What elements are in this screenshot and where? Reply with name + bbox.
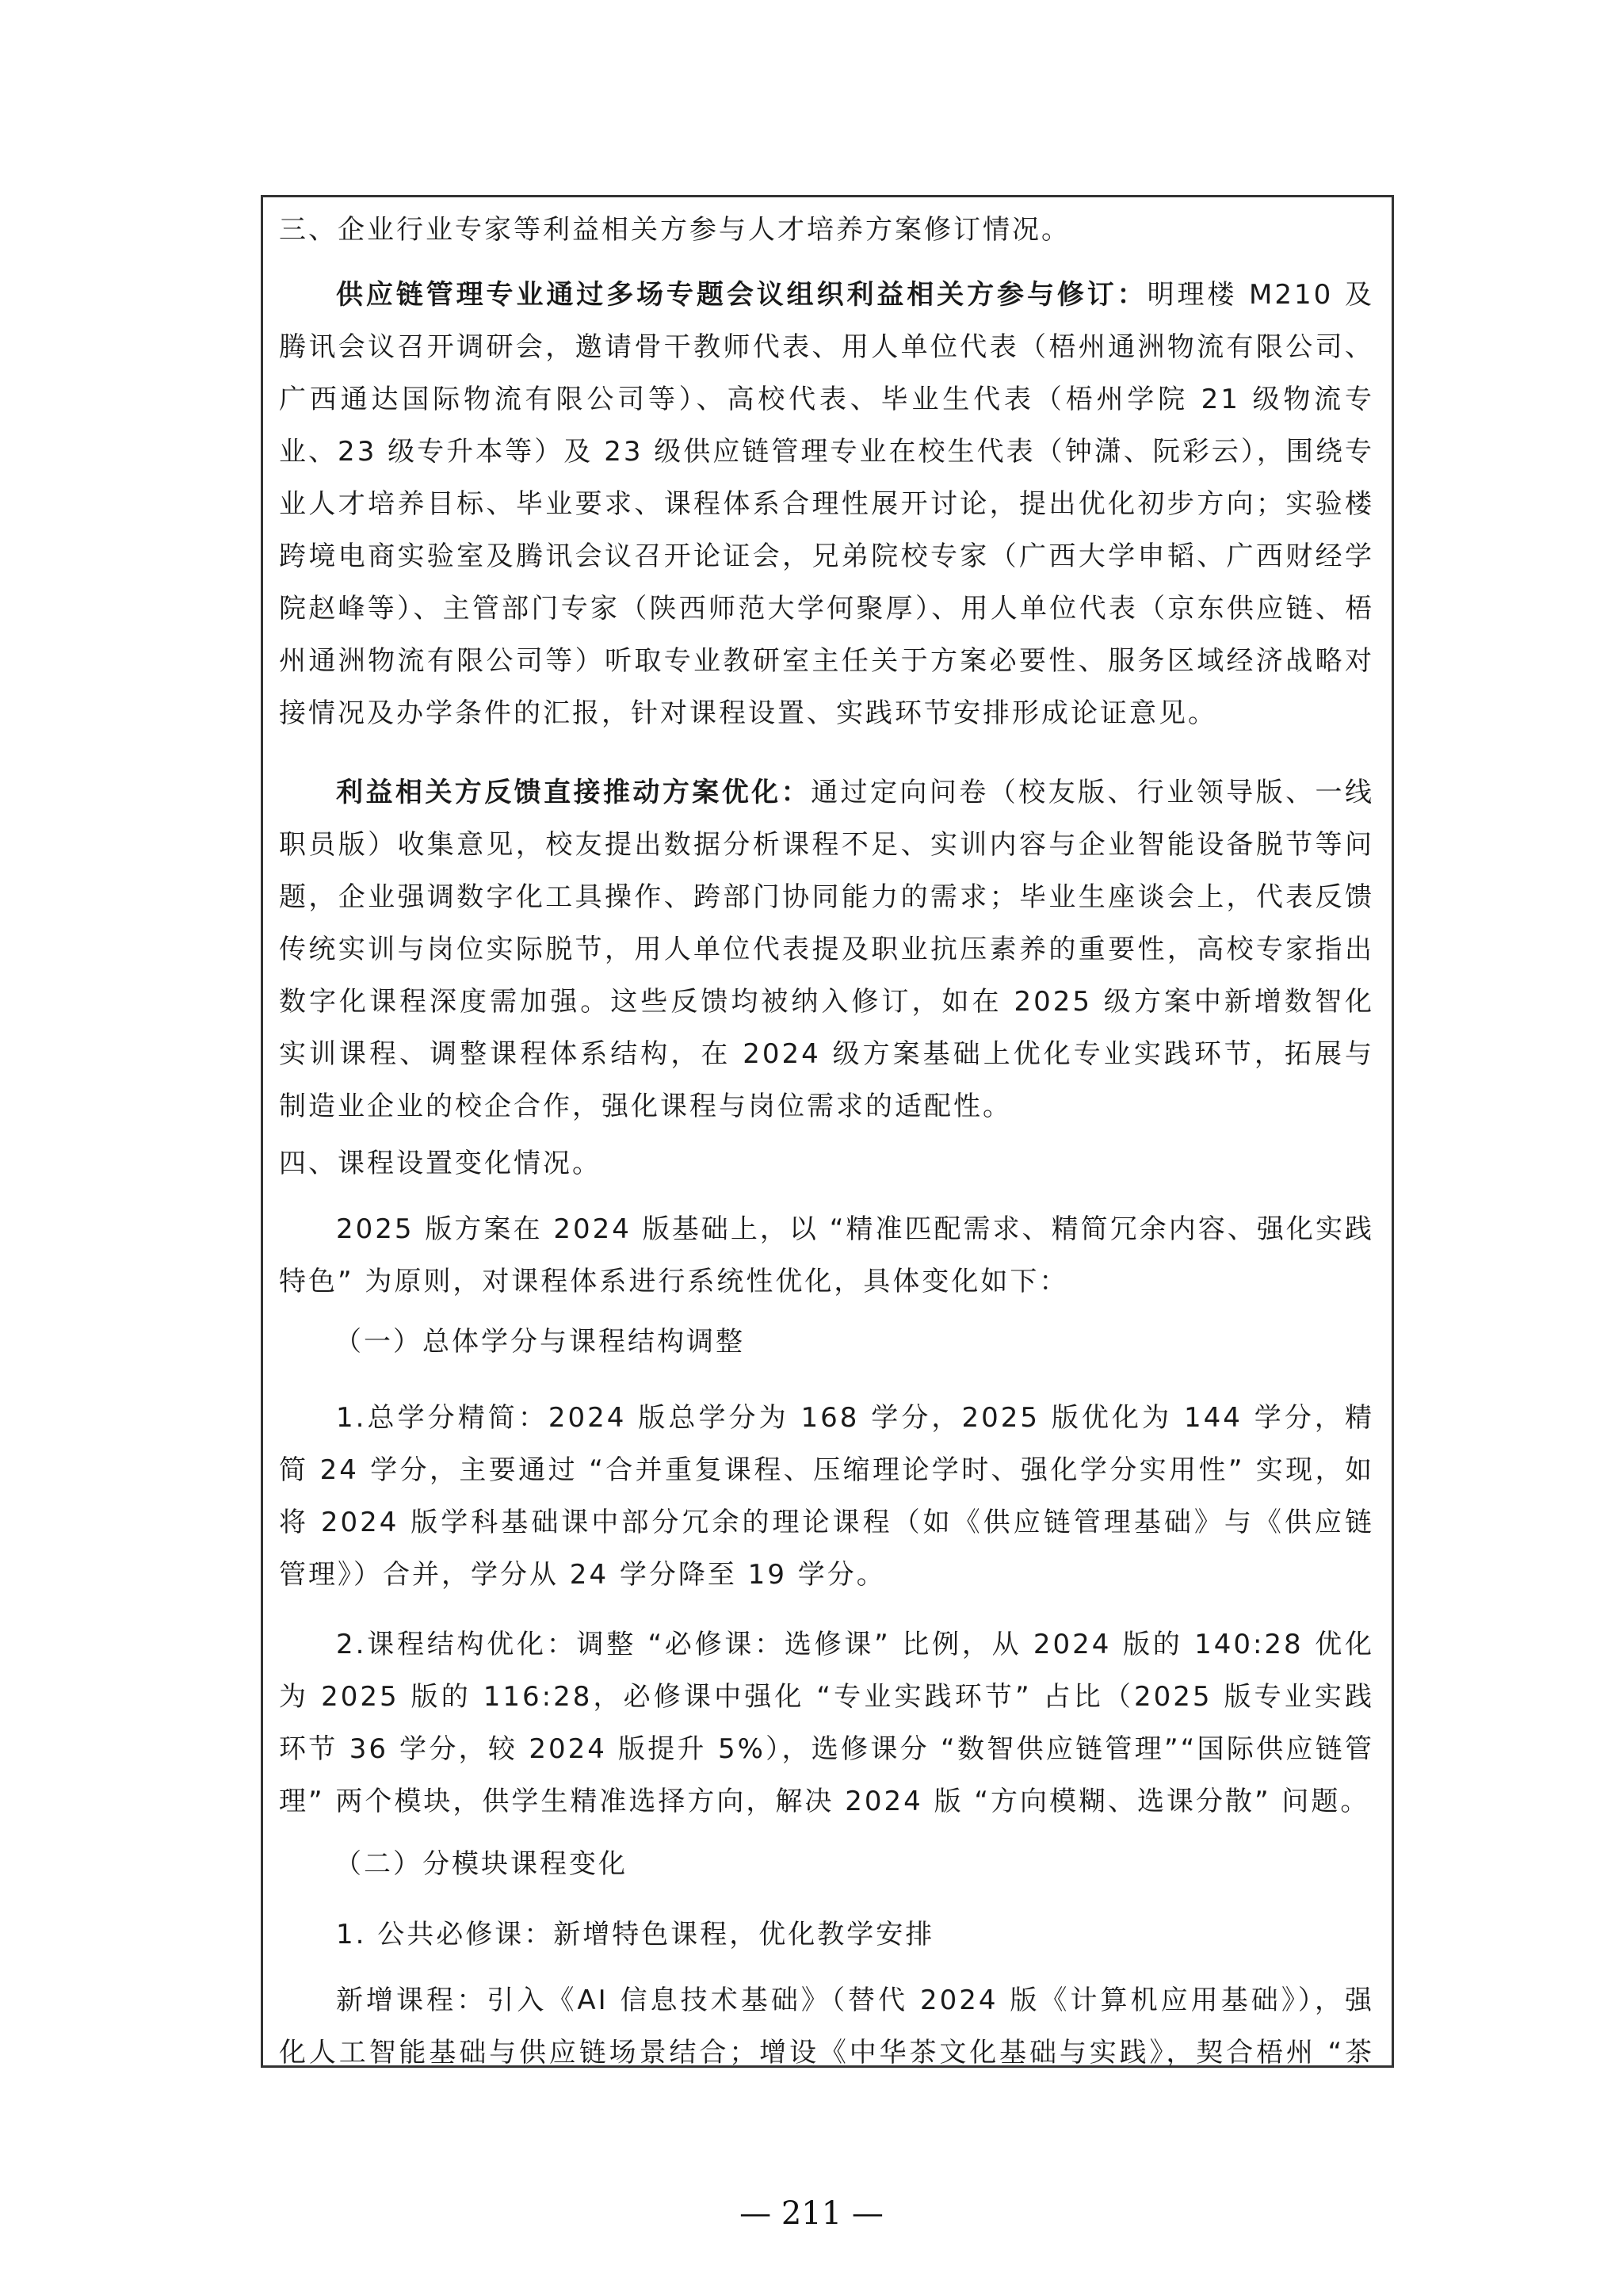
- page-number: — 211 —: [0, 2195, 1623, 2232]
- subsection-2-item-1-heading: 1. 公共必修课：新增特色课程，优化教学安排: [279, 1908, 1374, 1961]
- section-3-heading: 三、企业行业专家等利益相关方参与人才培养方案修订情况。: [279, 204, 1374, 256]
- section-3-paragraph-1: 供应链管理专业通过多场专题会议组织利益相关方参与修订：明理楼 M210 及腾讯会…: [279, 269, 1374, 739]
- section-4-heading: 四、课程设置变化情况。: [279, 1137, 1374, 1190]
- content-frame: 三、企业行业专家等利益相关方参与人才培养方案修订情况。 供应链管理专业通过多场专…: [261, 195, 1394, 2068]
- section-3-paragraph-2: 利益相关方反馈直接推动方案优化：通过定向问卷（校友版、行业领导版、一线职员版）收…: [279, 766, 1374, 1133]
- subsection-1-heading: （一）总体学分与课程结构调整: [279, 1316, 1374, 1368]
- subsection-2-item-1-text: 新增课程：引入《AI 信息技术基础》（替代 2024 版《计算机应用基础》），强…: [279, 1974, 1374, 2068]
- paragraph-text: 通过定向问卷（校友版、行业领导版、一线职员版）收集意见，校友提出数据分析课程不足…: [279, 777, 1374, 1122]
- paragraph-lead: 供应链管理专业通过多场专题会议组织利益相关方参与修订：: [336, 279, 1148, 311]
- subsection-1-item-2: 2.课程结构优化：调整 “必修课：选修课” 比例，从 2024 版的 140:2…: [279, 1618, 1374, 1828]
- section-4-intro: 2025 版方案在 2024 版基础上，以 “精准匹配需求、精简冗余内容、强化实…: [279, 1203, 1374, 1308]
- subsection-1-item-1: 1.总学分精简：2024 版总学分为 168 学分，2025 版优化为 144 …: [279, 1392, 1374, 1601]
- paragraph-text: 明理楼 M210 及腾讯会议召开调研会，邀请骨干教师代表、用人单位代表（梧州通洲…: [279, 279, 1374, 729]
- paragraph-lead: 利益相关方反馈直接推动方案优化：: [336, 777, 811, 808]
- subsection-2-heading: （二）分模块课程变化: [279, 1838, 1374, 1890]
